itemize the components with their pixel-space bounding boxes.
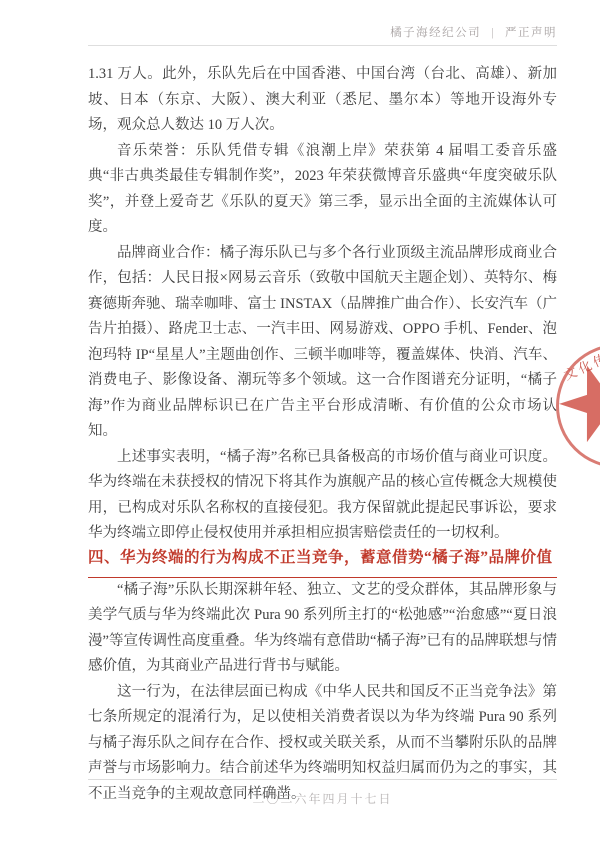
body-paragraph: 音乐荣誉：乐队凭借专辑《浪潮上岸》荣获第 4 届唱工委音乐盛典“非古典类最佳专辑… xyxy=(88,139,557,241)
body-paragraph: 这一行为，在法律层面已构成《中华人民共和国反不正当竞争法》第七条所规定的混淆行为… xyxy=(88,680,557,808)
body-paragraph: 品牌商业合作：橘子海乐队已与多个各行业顶级主流品牌形成商业合作，包括：人民日报×… xyxy=(88,241,557,445)
header-doc-type-label: 严正声明 xyxy=(505,27,557,39)
seal-text: 文化传 xyxy=(560,347,600,384)
header-separator: | xyxy=(491,27,495,39)
body-paragraph: 1.31 万人。此外，乐队先后在中国香港、中国台湾（台北、高雄）、新加坡、日本（… xyxy=(88,62,557,139)
body-paragraph: “橘子海”乐队长期深耕年轻、独立、文艺的受众群体，其品牌形象与美学气质与华为终端… xyxy=(88,578,557,680)
seal-ring xyxy=(556,344,600,468)
document-body: 1.31 万人。此外，乐队先后在中国香港、中国台湾（台北、高雄）、新加坡、日本（… xyxy=(88,62,557,807)
document-page: 橘子海经纪公司|严正声明 1.31 万人。此外，乐队先后在中国香港、中国台湾（台… xyxy=(0,0,600,849)
footer-divider xyxy=(88,779,557,780)
header-company-label: 橘子海经纪公司 xyxy=(390,27,481,39)
section-heading: 四、华为终端的行为构成不正当竞争，蓄意借势“橘子海”品牌价值 xyxy=(88,547,557,578)
page-header: 橘子海经纪公司|严正声明 xyxy=(88,24,557,40)
footer-date: 二〇二六年四月十七日 xyxy=(88,790,557,807)
header-divider xyxy=(88,45,557,46)
body-paragraph: 上述事实表明，“橘子海”名称已具备极高的市场价值与商业可识度。华为终端在未获授权… xyxy=(88,445,557,547)
